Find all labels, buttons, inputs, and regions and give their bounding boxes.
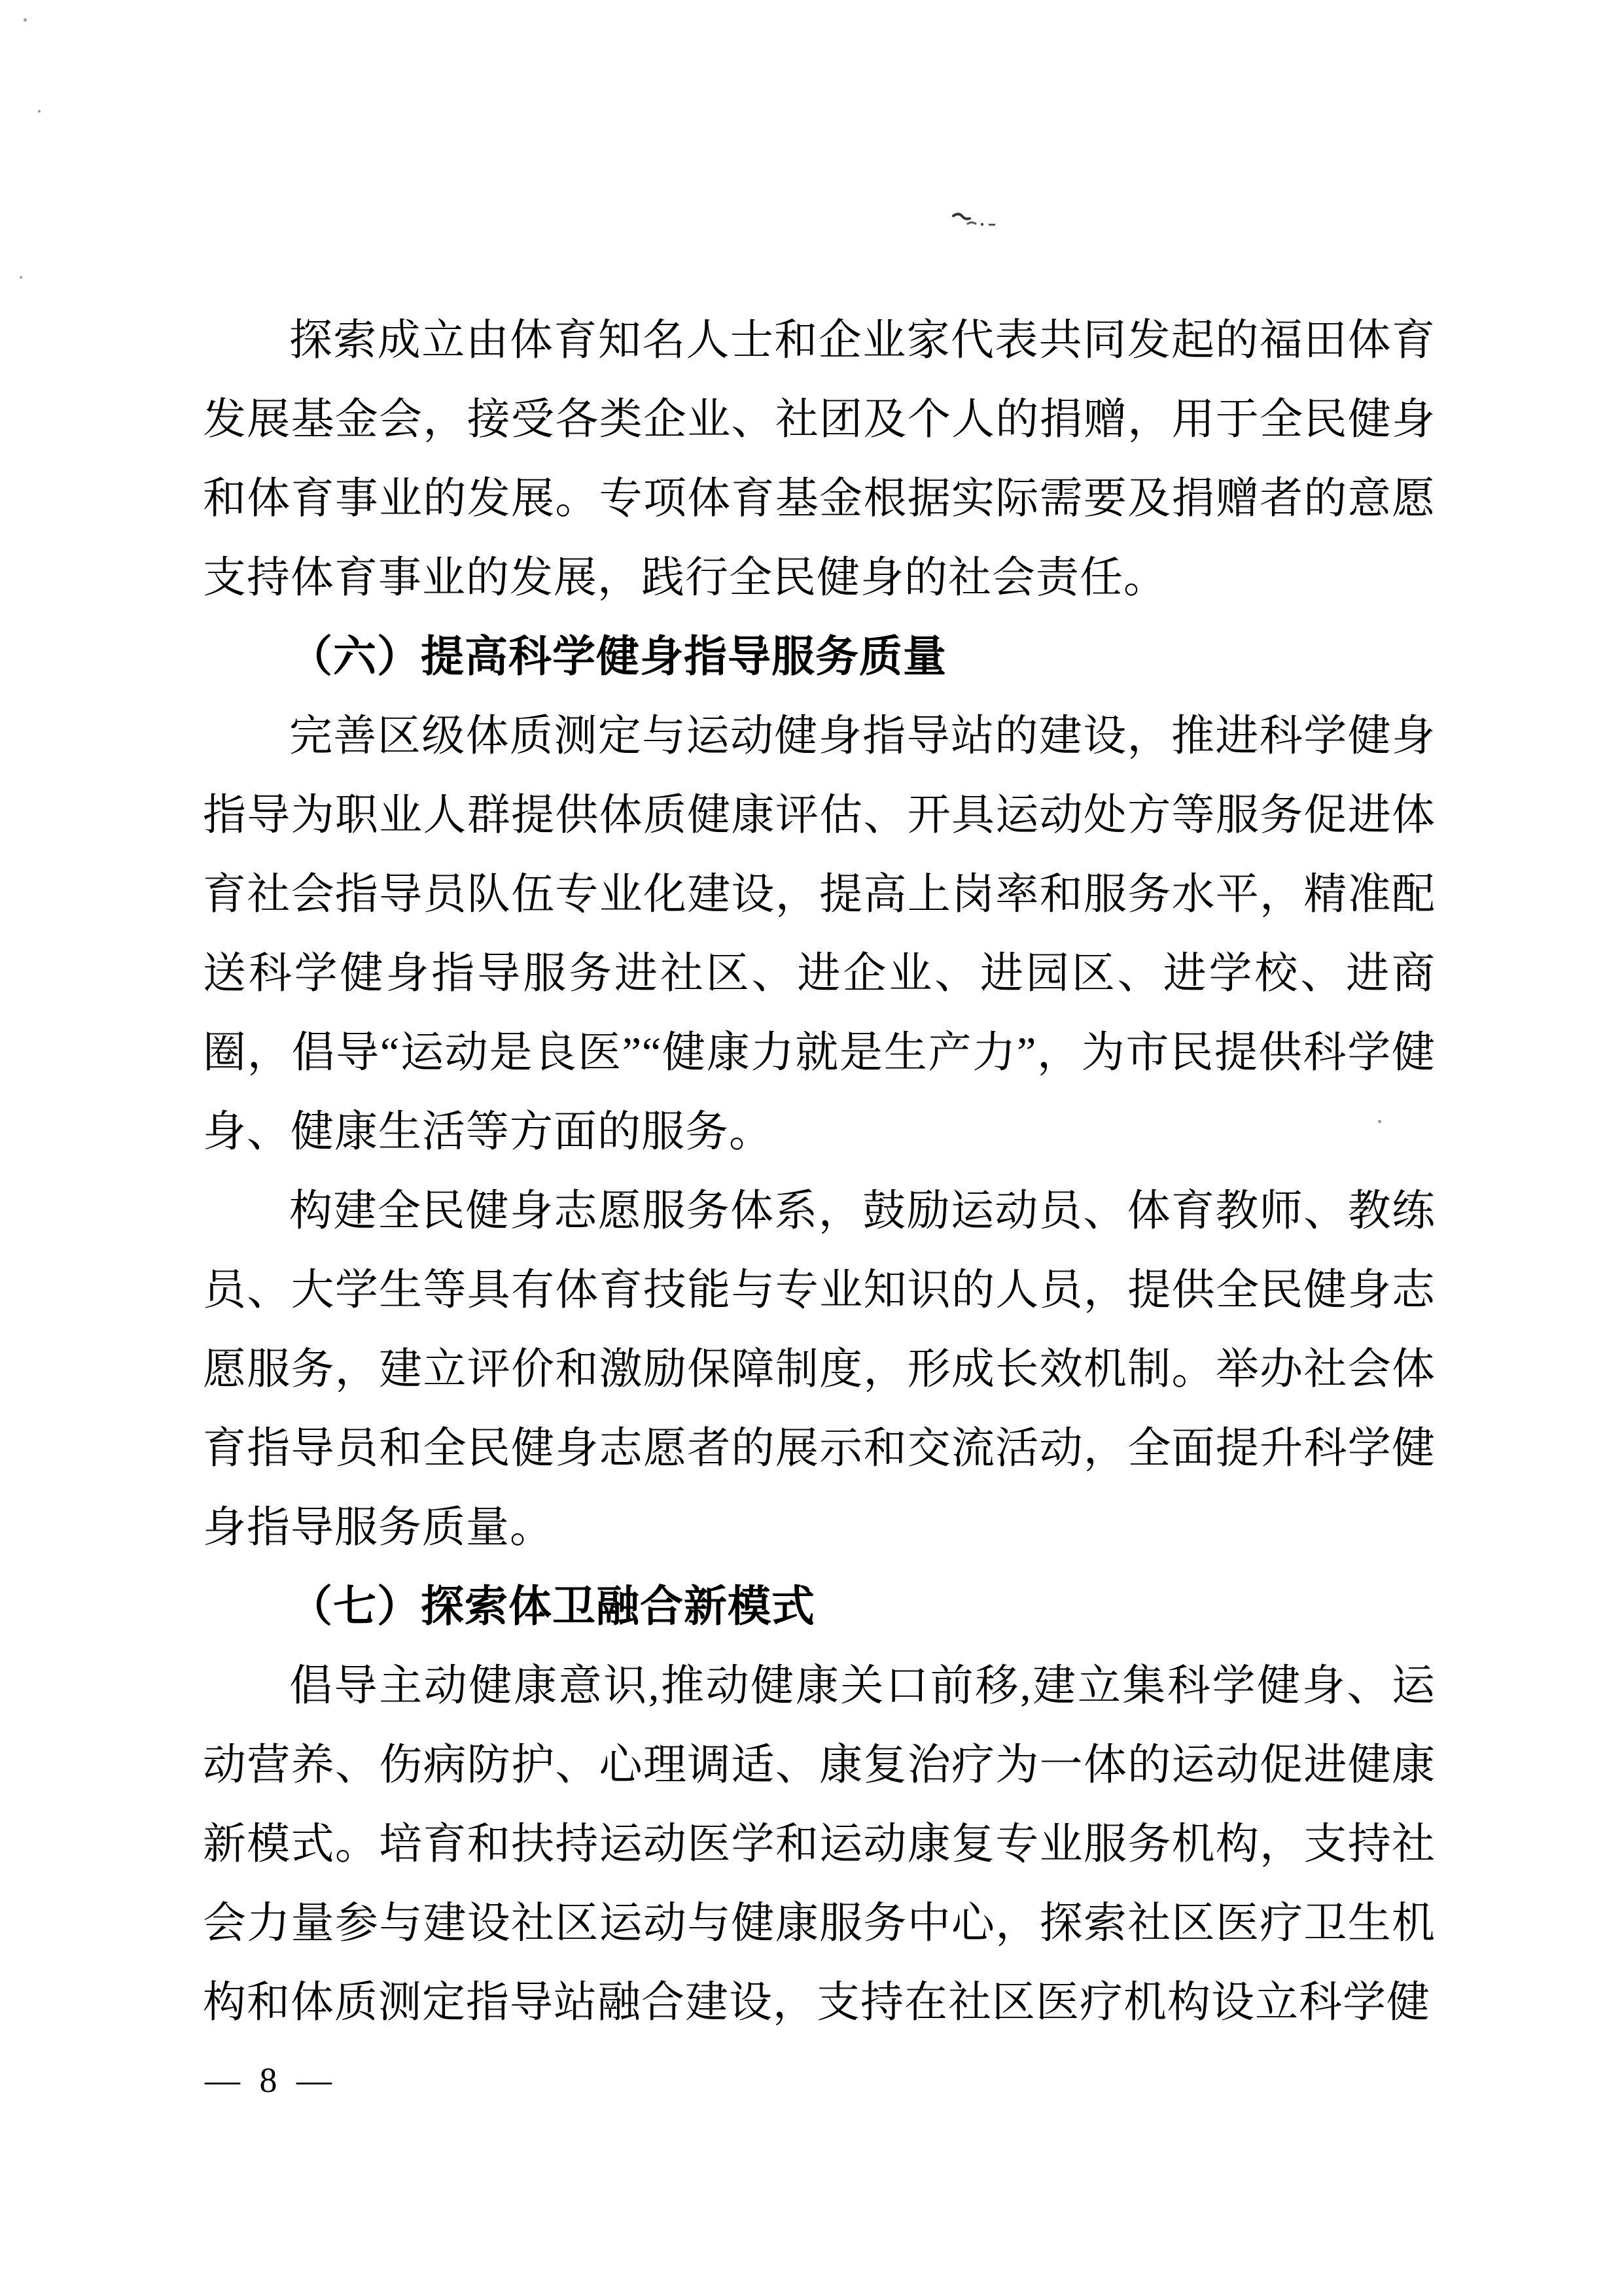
scan-speck xyxy=(38,110,41,113)
page-number: — 8 — xyxy=(205,2061,337,2100)
section-heading-7: （七）探索体卫融合新模式 xyxy=(203,1567,1436,1646)
paragraph-volunteer-service: 构建全民健身志愿服务体系，鼓励运动员、体育教师、教练员、大学生等具有体育技能与专… xyxy=(203,1172,1436,1567)
paragraph-sports-health-integration: 倡导主动健康意识,推动健康关口前移,建立集科学健身、运动营养、伤病防护、心理调适… xyxy=(203,1646,1436,2042)
scan-speck xyxy=(24,18,27,22)
paragraph-fitness-guidance: 完善区级体质测定与运动健身指导站的建设，推进科学健身指导为职业人群提供体质健康评… xyxy=(203,697,1436,1172)
scan-artifact xyxy=(952,211,998,230)
scan-speck xyxy=(20,276,22,279)
section-heading-6: （六）提高科学健身指导服务质量 xyxy=(203,617,1436,697)
paragraph-sports-foundation: 探索成立由体育知名人士和企业家代表共同发起的福田体育发展基金会，接受各类企业、社… xyxy=(203,301,1436,617)
text-column: 探索成立由体育知名人士和企业家代表共同发起的福田体育发展基金会，接受各类企业、社… xyxy=(203,301,1436,2042)
document-page: 探索成立由体育知名人士和企业家代表共同发起的福田体育发展基金会，接受各类企业、社… xyxy=(0,0,1624,2296)
